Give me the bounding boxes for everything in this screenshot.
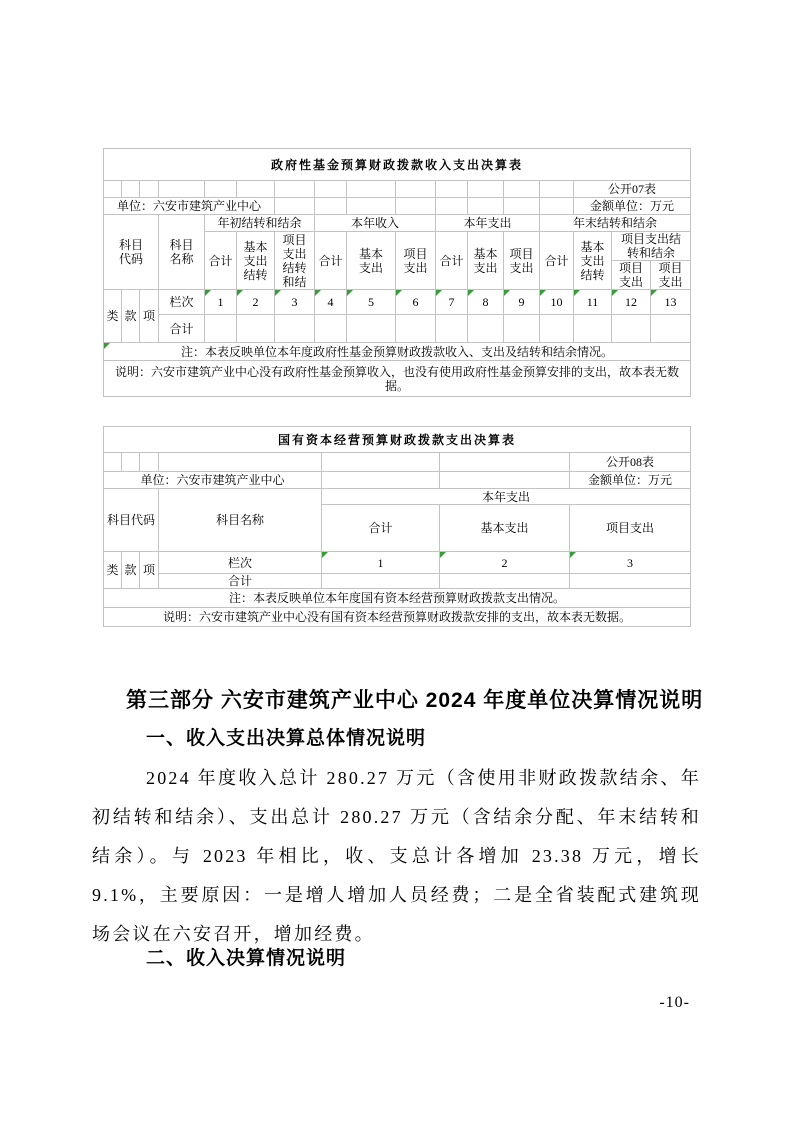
table1-unit-label: 单位：六安市建筑产业中心 bbox=[104, 198, 275, 215]
empty-cell bbox=[570, 574, 691, 589]
empty-cell bbox=[205, 315, 237, 343]
col-number-text: 5 bbox=[368, 295, 374, 309]
empty-cell bbox=[396, 315, 436, 343]
comment-marker-icon bbox=[104, 343, 110, 349]
comment-marker-icon bbox=[396, 290, 402, 296]
table1-col-number: 6 bbox=[396, 290, 436, 315]
table1-form-code: 公开07表 bbox=[574, 181, 691, 198]
table2-remark: 说明：六安市建筑产业中心没有国有资本经营预算财政拨款安排的支出，故本表无数据。 bbox=[104, 608, 691, 627]
empty-cell bbox=[540, 181, 574, 198]
comment-marker-icon bbox=[237, 290, 243, 296]
col-number-text: 1 bbox=[218, 295, 224, 309]
table1-code-part: 类 bbox=[104, 290, 122, 343]
table2-form-code: 公开08表 bbox=[570, 453, 691, 472]
comment-marker-icon bbox=[440, 552, 446, 558]
subsection-2-heading: 二、收入决算情况说明 bbox=[146, 946, 346, 972]
table1-code-part: 项 bbox=[140, 290, 159, 343]
empty-cell bbox=[504, 198, 540, 215]
table2-unit-label: 单位：六安市建筑产业中心 bbox=[104, 472, 322, 489]
empty-cell bbox=[275, 181, 315, 198]
table2-total-label: 合计 bbox=[159, 574, 322, 589]
empty-cell bbox=[322, 453, 440, 472]
page-number: -10- bbox=[659, 994, 690, 1012]
table1-col-header: 合计 bbox=[436, 232, 468, 290]
empty-cell bbox=[436, 181, 468, 198]
table2-col-header: 基本支出 bbox=[440, 505, 570, 552]
empty-cell bbox=[396, 181, 436, 198]
empty-cell bbox=[504, 181, 540, 198]
table1-note: 注：本表反映单位本年度政府性基金预算财政拨款收入、支出及结转和结余情况。 bbox=[104, 343, 691, 361]
empty-cell bbox=[574, 315, 612, 343]
empty-cell bbox=[140, 453, 159, 472]
empty-cell bbox=[140, 181, 159, 198]
empty-cell bbox=[440, 453, 570, 472]
table1-group-year-income: 本年收入 bbox=[315, 215, 436, 232]
table1-subject-name-header: 科目 名称 bbox=[159, 215, 205, 290]
empty-cell bbox=[347, 315, 396, 343]
empty-cell bbox=[440, 472, 570, 489]
empty-cell bbox=[540, 198, 574, 215]
empty-cell bbox=[540, 315, 574, 343]
table1-code-part: 款 bbox=[122, 290, 140, 343]
empty-cell bbox=[237, 181, 275, 198]
empty-cell bbox=[159, 453, 322, 472]
table1-subject-code-header: 科目 代码 bbox=[104, 215, 159, 290]
table1-total-label: 合计 bbox=[159, 315, 205, 343]
empty-cell bbox=[322, 472, 440, 489]
empty-cell bbox=[205, 181, 237, 198]
table1-group-end-balance: 年末结转和结余 bbox=[540, 215, 691, 232]
comment-marker-icon bbox=[347, 290, 353, 296]
col-number-text: 4 bbox=[328, 295, 334, 309]
section-heading: 第三部分 六安市建筑产业中心 2024 年度单位决算情况说明 bbox=[126, 684, 703, 714]
empty-cell bbox=[651, 315, 691, 343]
empty-cell bbox=[347, 198, 396, 215]
table2-col-header: 合计 bbox=[322, 505, 440, 552]
comment-marker-icon bbox=[205, 290, 211, 296]
note-text: 注：本表反映单位本年度政府性基金预算财政拨款收入、支出及结转和结余情况。 bbox=[181, 345, 613, 359]
empty-cell bbox=[237, 315, 275, 343]
table1-col-header: 合计 bbox=[540, 232, 574, 290]
table2-row-label: 栏次 bbox=[159, 552, 322, 574]
comment-marker-icon bbox=[275, 290, 281, 296]
table1-col-header: 项目 支出 bbox=[504, 232, 540, 290]
empty-cell bbox=[468, 198, 504, 215]
document-page: 政府性基金预算财政拨款收入支出决算表 公开07表 单位：六安市建筑产业中心 金额… bbox=[0, 0, 793, 1122]
col-number-text: 8 bbox=[483, 295, 489, 309]
empty-cell bbox=[468, 181, 504, 198]
table2-col-number: 2 bbox=[440, 552, 570, 574]
table2-code-part: 类 bbox=[104, 552, 122, 589]
table2-col-number: 3 bbox=[570, 552, 691, 574]
state-capital-budget-table: 国有资本经营预算财政拨款支出决算表 公开08表 单位：六安市建筑产业中心 金额单… bbox=[103, 426, 691, 627]
comment-marker-icon bbox=[612, 290, 618, 296]
table1-col-number: 11 bbox=[574, 290, 612, 315]
table2-subject-code-header: 科目代码 bbox=[104, 489, 159, 552]
empty-cell bbox=[104, 181, 122, 198]
table1-col-number: 5 bbox=[347, 290, 396, 315]
empty-cell bbox=[275, 315, 315, 343]
col-number-text: 13 bbox=[665, 295, 677, 309]
empty-cell bbox=[122, 181, 140, 198]
comment-marker-icon bbox=[468, 290, 474, 296]
table2-col-number: 1 bbox=[322, 552, 440, 574]
empty-cell bbox=[104, 453, 122, 472]
table1-row-label: 栏次 bbox=[159, 290, 205, 315]
table1-col-header: 合计 bbox=[315, 232, 347, 290]
table1-col-number: 9 bbox=[504, 290, 540, 315]
empty-cell bbox=[440, 574, 570, 589]
table1-title: 政府性基金预算财政拨款收入支出决算表 bbox=[104, 149, 691, 181]
comment-marker-icon bbox=[504, 290, 510, 296]
table2-amount-unit: 金额单位：万元 bbox=[570, 472, 691, 489]
empty-cell bbox=[612, 315, 651, 343]
comment-marker-icon bbox=[322, 552, 328, 558]
table1-col-header: 基本 支出 结转 bbox=[237, 232, 275, 290]
col-number-text: 1 bbox=[378, 556, 384, 570]
table2-code-part: 款 bbox=[122, 552, 140, 589]
comment-marker-icon bbox=[540, 290, 546, 296]
table2-group-year-expense: 本年支出 bbox=[322, 489, 691, 505]
table1-formcode-row: 公开07表 bbox=[104, 181, 691, 198]
empty-cell bbox=[315, 198, 347, 215]
table1-col-header: 合计 bbox=[205, 232, 237, 290]
empty-cell bbox=[436, 315, 468, 343]
comment-marker-icon bbox=[436, 290, 442, 296]
table1-col-number: 4 bbox=[315, 290, 347, 315]
table1-col-number: 7 bbox=[436, 290, 468, 315]
table1-amount-unit: 金额单位：万元 bbox=[574, 198, 691, 215]
table1-col-header: 项目 支出 结转 和结 bbox=[275, 232, 315, 290]
comment-marker-icon bbox=[651, 290, 657, 296]
subsection-1-heading: 一、收入支出决算总体情况说明 bbox=[146, 726, 426, 752]
col-number-text: 2 bbox=[253, 295, 259, 309]
comment-marker-icon bbox=[574, 290, 580, 296]
table1-subgroup-col: 项目 支出 bbox=[612, 261, 651, 290]
table1-col-number: 12 bbox=[612, 290, 651, 315]
table1-subgroup-header: 项目支出结 转和结余 bbox=[612, 232, 691, 261]
empty-cell bbox=[504, 315, 540, 343]
empty-cell bbox=[436, 198, 468, 215]
col-number-text: 12 bbox=[625, 295, 637, 309]
col-number-text: 3 bbox=[627, 556, 633, 570]
table2-subject-name-header: 科目名称 bbox=[159, 489, 322, 552]
table1-col-header: 基本 支出 bbox=[347, 232, 396, 290]
col-number-text: 7 bbox=[449, 295, 455, 309]
comment-marker-icon bbox=[570, 552, 576, 558]
comment-marker-icon bbox=[315, 290, 321, 296]
empty-cell bbox=[396, 198, 436, 215]
empty-cell bbox=[315, 315, 347, 343]
col-number-text: 2 bbox=[502, 556, 508, 570]
empty-cell bbox=[159, 181, 205, 198]
table1-col-number: 13 bbox=[651, 290, 691, 315]
table1-col-number: 8 bbox=[468, 290, 504, 315]
col-number-text: 9 bbox=[519, 295, 525, 309]
table1-col-number: 3 bbox=[275, 290, 315, 315]
col-number-text: 11 bbox=[587, 295, 599, 309]
table2-col-header: 项目支出 bbox=[570, 505, 691, 552]
col-number-text: 3 bbox=[292, 295, 298, 309]
table1-col-header: 基本 支出 结转 bbox=[574, 232, 612, 290]
table1-unit-row: 单位：六安市建筑产业中心 金额单位：万元 bbox=[104, 198, 691, 215]
empty-cell bbox=[322, 574, 440, 589]
table1-subgroup-col: 项目 支出 bbox=[651, 261, 691, 290]
empty-cell bbox=[122, 453, 140, 472]
empty-cell bbox=[275, 198, 315, 215]
table1-col-header: 项目 支出 bbox=[396, 232, 436, 290]
empty-cell bbox=[468, 315, 504, 343]
table1-col-number: 10 bbox=[540, 290, 574, 315]
table1-group-year-expense: 本年支出 bbox=[436, 215, 540, 232]
empty-cell bbox=[315, 181, 347, 198]
col-number-text: 10 bbox=[551, 295, 563, 309]
gov-fund-budget-table: 政府性基金预算财政拨款收入支出决算表 公开07表 单位：六安市建筑产业中心 金额… bbox=[103, 148, 691, 397]
table2-note: 注：本表反映单位本年度国有资本经营预算财政拨款支出情况。 bbox=[104, 589, 691, 608]
summary-paragraph: 2024 年度收入总计 280.27 万元（含使用非财政拨款结余、年初结转和结余… bbox=[92, 759, 701, 954]
table1-col-number: 1 bbox=[205, 290, 237, 315]
table1-remark: 说明：六安市建筑产业中心没有政府性基金预算收入，也没有使用政府性基金预算安排的支… bbox=[104, 361, 691, 397]
table1-col-header: 基本 支出 bbox=[468, 232, 504, 290]
table1-group-begin-balance: 年初结转和结余 bbox=[205, 215, 315, 232]
table2-title: 国有资本经营预算财政拨款支出决算表 bbox=[104, 427, 691, 453]
empty-cell bbox=[347, 181, 396, 198]
col-number-text: 6 bbox=[413, 295, 419, 309]
table1-col-number: 2 bbox=[237, 290, 275, 315]
table2-code-part: 项 bbox=[140, 552, 159, 589]
